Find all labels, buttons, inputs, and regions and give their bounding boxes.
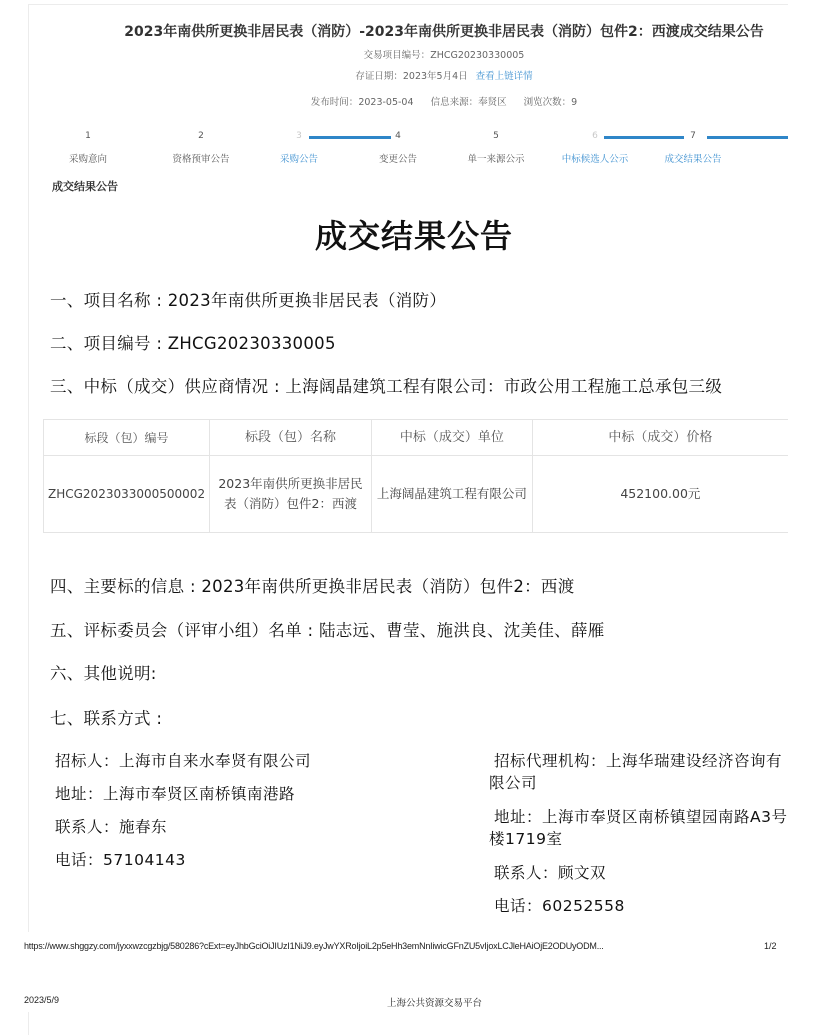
step-3[interactable]: 3 采购公告 bbox=[249, 129, 349, 165]
step-1[interactable]: 1 采购意向 bbox=[38, 129, 138, 165]
print-date: 2023/5/9 bbox=[24, 995, 59, 1005]
buyer-contact: 招标人：上海市自来水奉贤有限公司 地址：上海市奉贤区南桥镇南港路 联系人：施春东… bbox=[55, 750, 311, 882]
print-page-number: 1/2 bbox=[764, 941, 777, 951]
cert-date: 2023年5月4日 bbox=[403, 71, 468, 82]
step-label: 成交结果公告 bbox=[643, 151, 743, 165]
publish-meta-line: 发布时间：2023-05-04 信息来源：奉贤区 浏览次数：9 bbox=[119, 94, 769, 108]
step-number: 6 bbox=[545, 129, 645, 143]
step-label: 变更公告 bbox=[348, 151, 448, 165]
step-8-partial[interactable]: | bbox=[751, 129, 788, 162]
step-number: 3 bbox=[249, 129, 349, 143]
print-site-name: 上海公共资源交易平台 bbox=[387, 995, 482, 1009]
progress-steps: 1 采购意向 2 资格预审公告 3 采购公告 4 变更公告 5 单一来源公示 6… bbox=[29, 129, 788, 169]
publish-time: 2023-05-04 bbox=[358, 97, 413, 108]
buyer-name: 招标人：上海市自来水奉贤有限公司 bbox=[55, 750, 311, 783]
step-2[interactable]: 2 资格预审公告 bbox=[151, 129, 251, 165]
winning-price: 452100.00元 bbox=[532, 456, 788, 533]
step-label: 采购公告 bbox=[249, 151, 349, 165]
step-4[interactable]: 4 变更公告 bbox=[348, 129, 448, 165]
cert-date-label: 存证日期： bbox=[355, 71, 403, 82]
step-label: 中标候选人公示 bbox=[545, 151, 645, 165]
step-label: 采购意向 bbox=[38, 151, 138, 165]
agent-name: 招标代理机构：上海华瑞建设经济咨询有限公司 bbox=[489, 750, 788, 794]
evaluation-committee: 五、评标委员会（评审小组）名单 : 陆志远、曹莹、施洪良、沈美佳、薛雁 bbox=[50, 617, 605, 641]
page-frame: 2023年南供所更换非居民表（消防）-2023年南供所更换非居民表（消防）包件2… bbox=[28, 4, 788, 932]
step-label: 单一来源公示 bbox=[446, 151, 546, 165]
source: 奉贤区 bbox=[478, 97, 507, 108]
agent-contact-person: 联系人：顾文双 bbox=[489, 862, 788, 884]
col-lot-number: 标段（包）编号 bbox=[44, 420, 210, 456]
contact-heading: 七、联系方式 : bbox=[50, 705, 162, 729]
col-winner: 中标（成交）单位 bbox=[371, 420, 532, 456]
table-header-row: 标段（包）编号 标段（包）名称 中标（成交）单位 中标（成交）价格 bbox=[44, 420, 789, 456]
section-heading: 成交结果公告 bbox=[52, 178, 118, 194]
step-label: | bbox=[751, 151, 788, 162]
trade-number: ZHCG20230330005 bbox=[430, 50, 524, 61]
announcement-title: 2023年南供所更换非居民表（消防）-2023年南供所更换非居民表（消防）包件2… bbox=[119, 21, 769, 41]
step-number bbox=[751, 129, 788, 143]
col-price: 中标（成交）价格 bbox=[532, 420, 788, 456]
publish-time-label: 发布时间： bbox=[311, 97, 359, 108]
col-lot-name: 标段（包）名称 bbox=[210, 420, 372, 456]
lot-name: 2023年南供所更换非居民表（消防）包件2：西渡 bbox=[210, 456, 372, 533]
step-7[interactable]: 7 成交结果公告 bbox=[643, 129, 743, 165]
buyer-address: 地址：上海市奉贤区南桥镇南港路 bbox=[55, 783, 311, 816]
page-frame-edge bbox=[28, 1012, 29, 1035]
buyer-phone: 电话：57104143 bbox=[55, 849, 311, 882]
other-notes: 六、其他说明: bbox=[50, 660, 157, 684]
main-subject-info: 四、主要标的信息 : 2023年南供所更换非居民表（消防）包件2：西渡 bbox=[50, 573, 575, 597]
step-6[interactable]: 6 中标候选人公示 bbox=[545, 129, 645, 165]
trade-number-line: 交易项目编号：ZHCG20230330005 bbox=[119, 47, 769, 61]
step-number: 5 bbox=[446, 129, 546, 143]
winner-name: 上海阔晶建筑工程有限公司 bbox=[371, 456, 532, 533]
trade-number-label: 交易项目编号： bbox=[364, 50, 431, 61]
step-label: 资格预审公告 bbox=[151, 151, 251, 165]
print-footer-url: https://www.shggzy.com/jyxxwzcgzbjg/5802… bbox=[24, 941, 604, 951]
buyer-contact-person: 联系人：施春东 bbox=[55, 816, 311, 849]
project-number: 二、项目编号 : ZHCG20230330005 bbox=[50, 330, 336, 354]
view-chain-details-link[interactable]: 查看上链详情 bbox=[476, 71, 533, 82]
agent-address: 地址：上海市奉贤区南桥镇望园南路A3号楼1719室 bbox=[489, 806, 788, 850]
source-label: 信息来源： bbox=[431, 97, 479, 108]
views-label: 浏览次数： bbox=[524, 97, 572, 108]
agent-phone: 电话：60252558 bbox=[489, 895, 788, 917]
step-number: 1 bbox=[38, 129, 138, 143]
project-name: 一、项目名称 : 2023年南供所更换非居民表（消防） bbox=[50, 287, 446, 311]
result-table: 标段（包）编号 标段（包）名称 中标（成交）单位 中标（成交）价格 ZHCG20… bbox=[43, 419, 788, 533]
agent-contact: 招标代理机构：上海华瑞建设经济咨询有限公司 地址：上海市奉贤区南桥镇望园南路A3… bbox=[489, 750, 788, 917]
step-number: 7 bbox=[643, 129, 743, 143]
step-number: 2 bbox=[151, 129, 251, 143]
step-5[interactable]: 5 单一来源公示 bbox=[446, 129, 546, 165]
cert-date-line: 存证日期：2023年5月4日查看上链详情 bbox=[119, 68, 769, 82]
document-title: 成交结果公告 bbox=[29, 211, 788, 257]
step-number: 4 bbox=[348, 129, 448, 143]
views-count: 9 bbox=[571, 97, 577, 108]
winning-supplier: 三、中标（成交）供应商情况 : 上海阔晶建筑工程有限公司：市政公用工程施工总承包… bbox=[50, 373, 722, 397]
lot-number: ZHCG2023033000500002 bbox=[44, 456, 210, 533]
table-row: ZHCG2023033000500002 2023年南供所更换非居民表（消防）包… bbox=[44, 456, 789, 533]
